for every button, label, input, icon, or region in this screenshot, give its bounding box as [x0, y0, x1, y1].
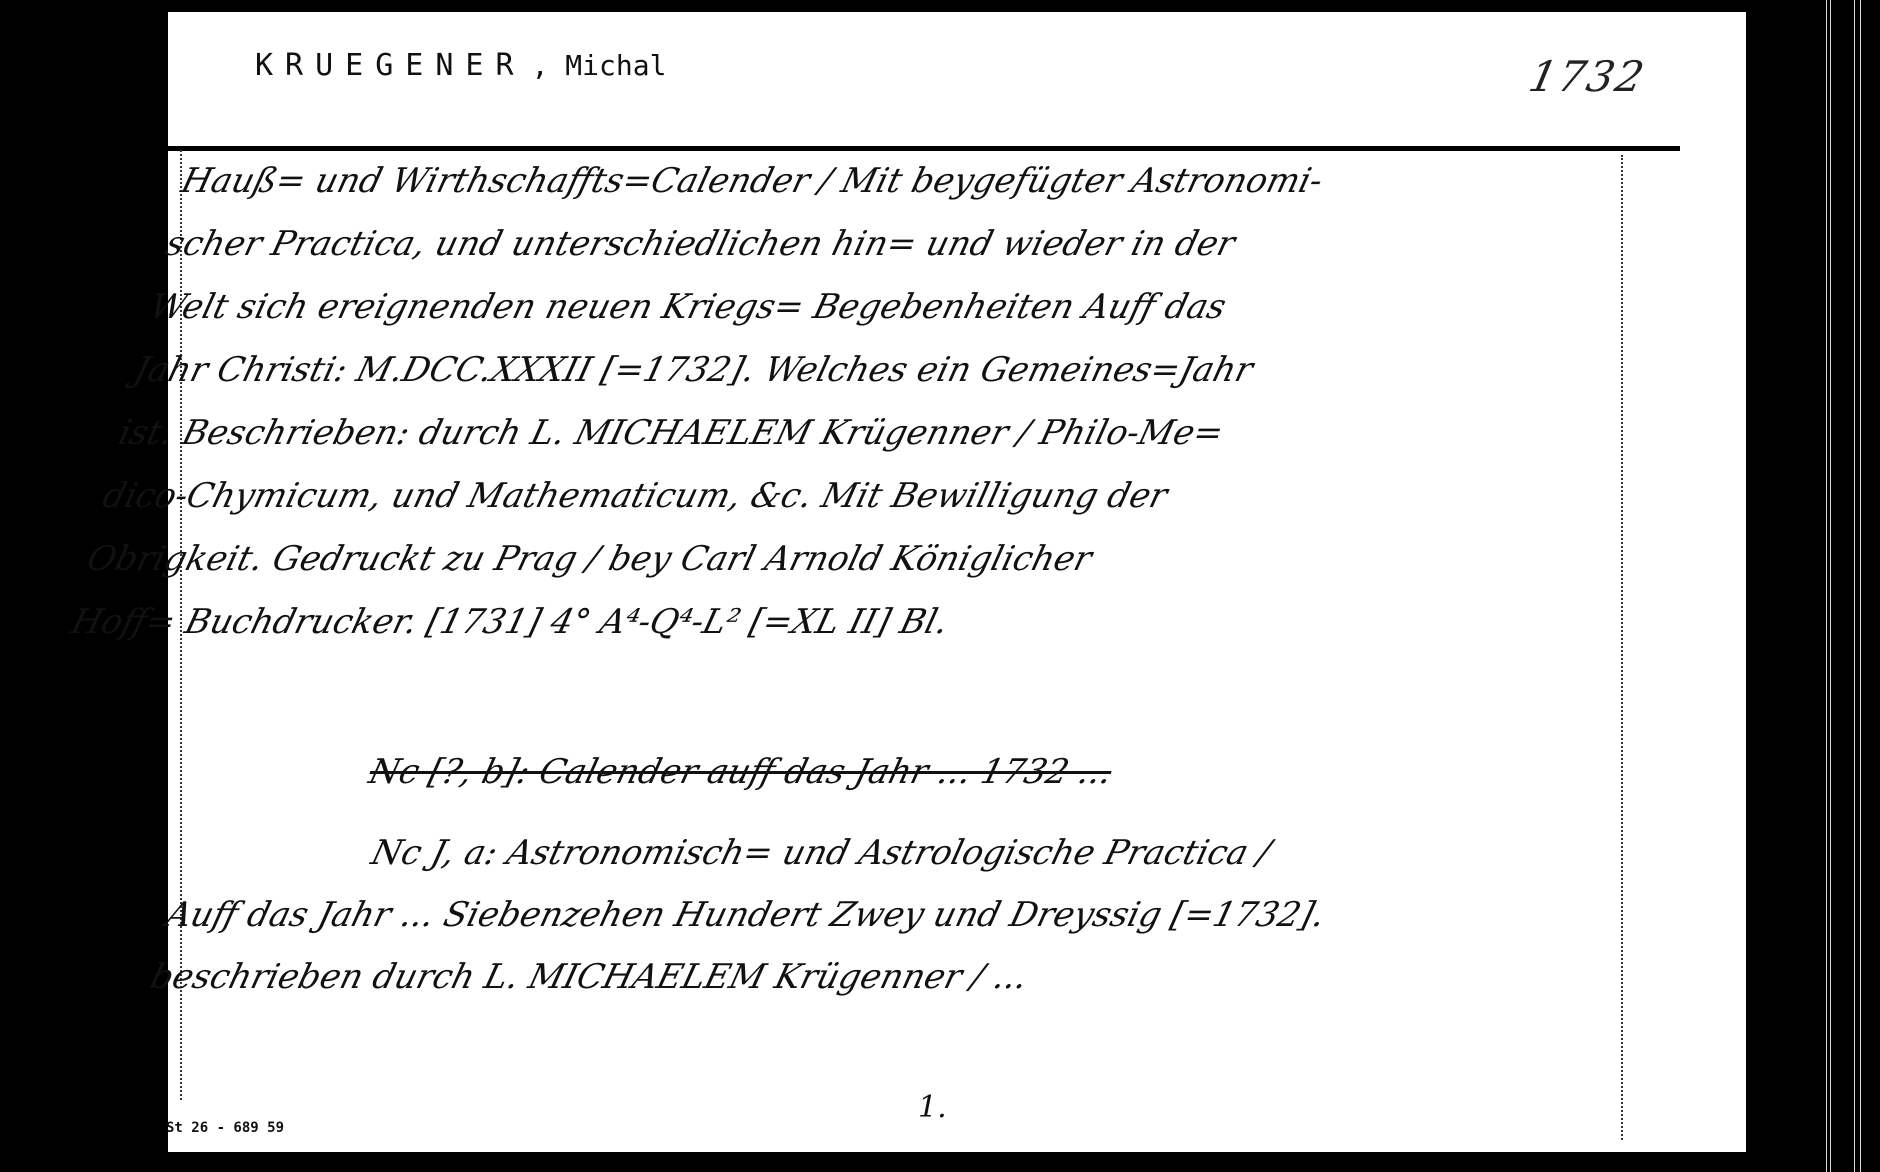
entry-line: Welt sich ereignenden neuen Kriegs= Bege…: [143, 276, 1589, 339]
entry-line: Jahr Christi: M.DCC.XXXII [=1732]. Welch…: [127, 339, 1573, 402]
related-entry-note: Nc J, a: Astronomisch= und Astrologische…: [144, 822, 1620, 1008]
entry-line: ist. Beschrieben: durch L. MICHAELEM Krü…: [111, 402, 1557, 465]
entry-line: scher Practica, und unterschiedlichen hi…: [159, 213, 1605, 276]
card-page-number: 1.: [918, 1090, 947, 1125]
form-code: St 26 - 689 59: [166, 1120, 284, 1136]
right-margin-line: [1621, 155, 1623, 1140]
entry-line: Hauß= und Wirthschaffts=Calender / Mit b…: [174, 150, 1620, 213]
scan-line: [1860, 0, 1861, 1172]
struck-through-note: Nc [?, b]: Calender auff das Jahr ... 17…: [365, 752, 1116, 792]
note-line: beschrieben durch L. MICHAELEM Krügenner…: [144, 946, 1589, 1008]
scan-line: [1854, 0, 1855, 1172]
scan-border-bottom: [140, 1152, 1760, 1172]
entry-line: Obrigkeit. Gedruckt zu Prag / bey Carl A…: [80, 528, 1526, 591]
scan-line: [1830, 0, 1831, 1172]
scan-border-right: [1808, 0, 1880, 1172]
card-heading-author: KRUEGENER, Michal: [255, 48, 666, 83]
entry-line: Hoff= Buchdrucker. [1731] 4° A⁴-Q⁴-L² [=…: [64, 591, 1510, 654]
bibliographic-entry: Hauß= und Wirthschaffts=Calender / Mit b…: [64, 150, 1620, 654]
author-surname: KRUEGENER: [255, 48, 526, 83]
card-year: 1732: [1525, 52, 1650, 101]
note-line: Auff das Jahr ... Siebenzehen Hundert Zw…: [159, 884, 1604, 946]
entry-line: dico-Chymicum, und Mathematicum, &c. Mit…: [96, 465, 1542, 528]
note-line: Nc J, a: Astronomisch= und Astrologische…: [175, 822, 1620, 884]
scan-line: [1826, 0, 1827, 1172]
author-given-name: , Michal: [532, 49, 667, 82]
